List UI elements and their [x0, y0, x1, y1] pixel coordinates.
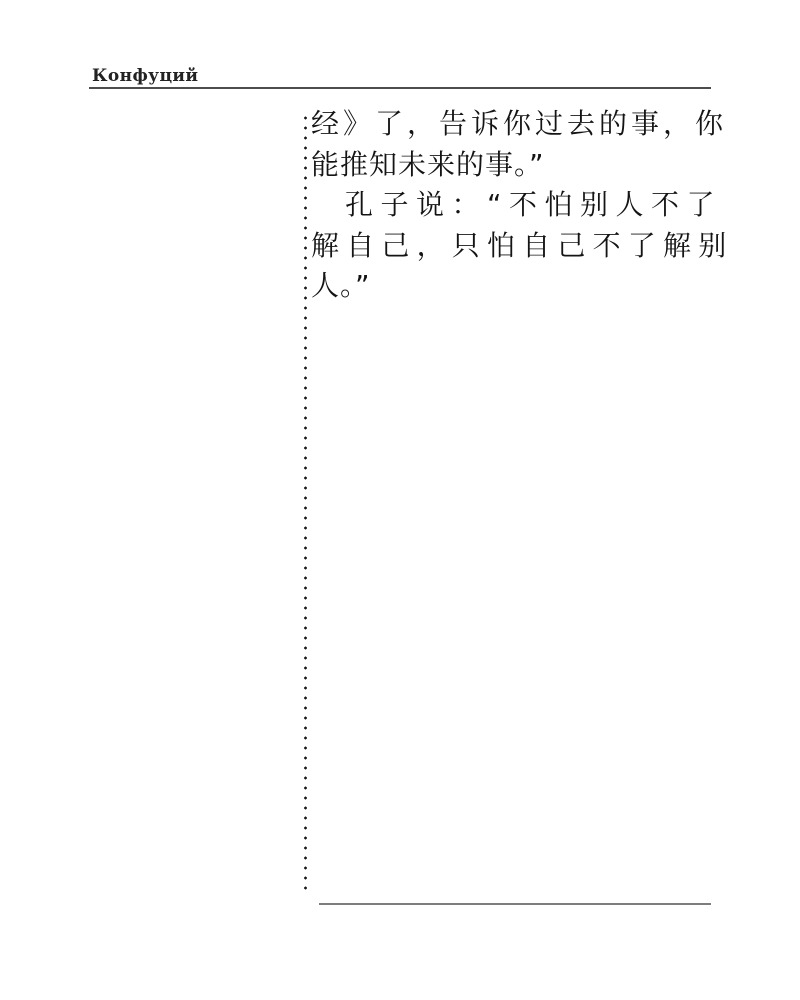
footer-rule	[319, 903, 711, 905]
paragraph-block: 经》了，告诉你过去的事，你 能推知未来的事。” 孔子说：“不怕别人不了 解自己，…	[311, 104, 751, 307]
vertical-dotted-divider	[304, 113, 307, 895]
text-line-5: 人。”	[311, 266, 751, 307]
header-rule	[89, 87, 711, 89]
text-line-3: 孔子说：“不怕别人不了	[311, 185, 751, 226]
text-line-2: 能推知未来的事。”	[311, 145, 751, 186]
book-page: Конфуций 经》了，告诉你过去的事，你 能推知未来的事。” 孔子说：“不怕…	[0, 0, 800, 1000]
text-line-4: 解自己，只怕自己不了解别	[311, 226, 751, 267]
running-header-title: Конфуций	[92, 66, 198, 86]
text-line-1: 经》了，告诉你过去的事，你	[311, 104, 751, 145]
